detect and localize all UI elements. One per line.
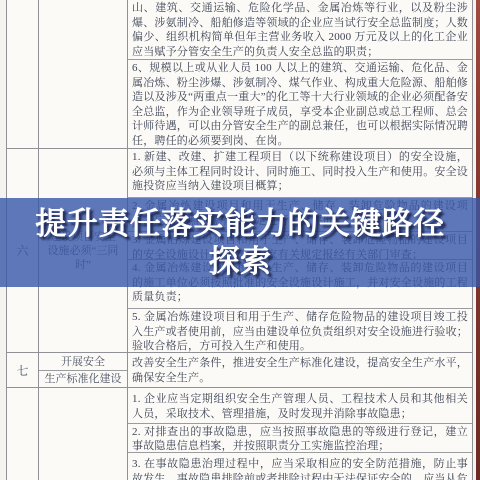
banner-title-line1: 提升责任落实能力的关键路径 xyxy=(35,205,445,243)
table-row: 1. 企业应当定期组织安全生产管理人员、工程技术人员和其他相关人员，采取技术、管… xyxy=(7,387,472,480)
row-number-cell xyxy=(7,0,39,148)
table-cell-text: 1. 企业应当定期组织安全生产管理人员、工程技术人员和其他相关人员，采取技术、管… xyxy=(128,388,472,423)
table-cell-text: 1. 新建、改建、扩建工程项目（以下统称建设项目）的安全设施，必须与主体工程同时… xyxy=(128,149,472,197)
row-title-cell: 开展安全 生产标准化建设 xyxy=(39,353,128,387)
table-cell-text: 改善安全生产条件，推进安全生产标准化建设，提高安全生产水平，确保安全生产。 xyxy=(128,353,472,387)
row-title-cell xyxy=(39,388,128,480)
row-title-cell xyxy=(39,0,128,148)
table-cell-text: 2. 对排查出的事故隐患，应当按照事故隐患的等级进行登记，建立事故隐患信息档案，… xyxy=(128,423,472,453)
row-number-cell: 七 xyxy=(7,353,39,387)
table-row: 七 开展安全 生产标准化建设 改善安全生产条件，推进安全生产标准化建设，提高安全… xyxy=(7,352,472,387)
table-cell-text: 山、建筑、交通运输、危险化学品、金属冶炼等行业，以及粉尘涉爆、涉氨制冷、船舶修造… xyxy=(128,0,472,59)
row-title-top: 开展安全 xyxy=(39,353,127,370)
document-page: 山、建筑、交通运输、危险化学品、金属冶炼等行业，以及粉尘涉爆、涉氨制冷、船舶修造… xyxy=(0,0,480,480)
table-cell-text: 5. 金属冶炼建设项目和用于生产、储存危险物品的建设项目竣工投入生产或者使用前，… xyxy=(128,308,472,352)
row-content-cell: 山、建筑、交通运输、危险化学品、金属冶炼等行业，以及粉尘涉爆、涉氨制冷、船舶修造… xyxy=(128,0,472,148)
table-cell-text: 6、规模以上或从业人员 100 人以上的建筑、交通运输、危化品、金属冶炼、粉尘涉… xyxy=(128,59,472,148)
table-cell-text: 3. 在事故隐患治理过程中，应当采取相应的安全防范措施，防止事故发生、事故隐患排… xyxy=(128,452,472,480)
row-content-cell: 改善安全生产条件，推进安全生产标准化建设，提高安全生产水平，确保安全生产。 xyxy=(128,353,472,387)
title-banner: 提升责任落实能力的关键路径 探索 xyxy=(0,198,480,287)
row-content-cell: 1. 企业应当定期组织安全生产管理人员、工程技术人员和其他相关人员，采取技术、管… xyxy=(128,388,472,480)
table-row: 山、建筑、交通运输、危险化学品、金属冶炼等行业，以及粉尘涉爆、涉氨制冷、船舶修造… xyxy=(7,0,472,148)
banner-title-line2: 探索 xyxy=(209,243,272,281)
row-number-cell xyxy=(7,388,39,480)
row-title-bottom: 生产标准化建设 xyxy=(39,370,127,387)
